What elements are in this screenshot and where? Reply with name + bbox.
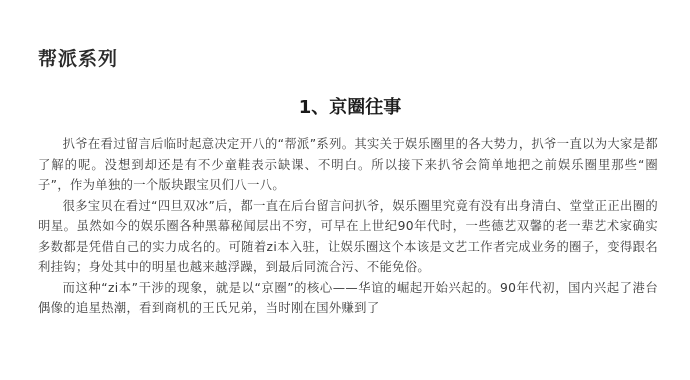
paragraph: 很多宝贝在看过“四旦双冰”后，都一直在后台留言问扒爷，娱乐圈里究竟有没有出身清白… bbox=[38, 196, 658, 278]
article-body: 扒爷在看过留言后临时起意决定开八的“帮派”系列。其实关于娱乐圈里的各大势力，扒爷… bbox=[38, 134, 658, 319]
paragraph: 扒爷在看过留言后临时起意决定开八的“帮派”系列。其实关于娱乐圈里的各大势力，扒爷… bbox=[38, 134, 658, 196]
section-title: 1、京圈往事 bbox=[0, 93, 690, 119]
paragraph: 而这种“zi本”干涉的现象，就是以“京圈”的核心——华谊的崛起开始兴起的。90年… bbox=[38, 278, 658, 319]
series-title: 帮派系列 bbox=[38, 44, 118, 71]
